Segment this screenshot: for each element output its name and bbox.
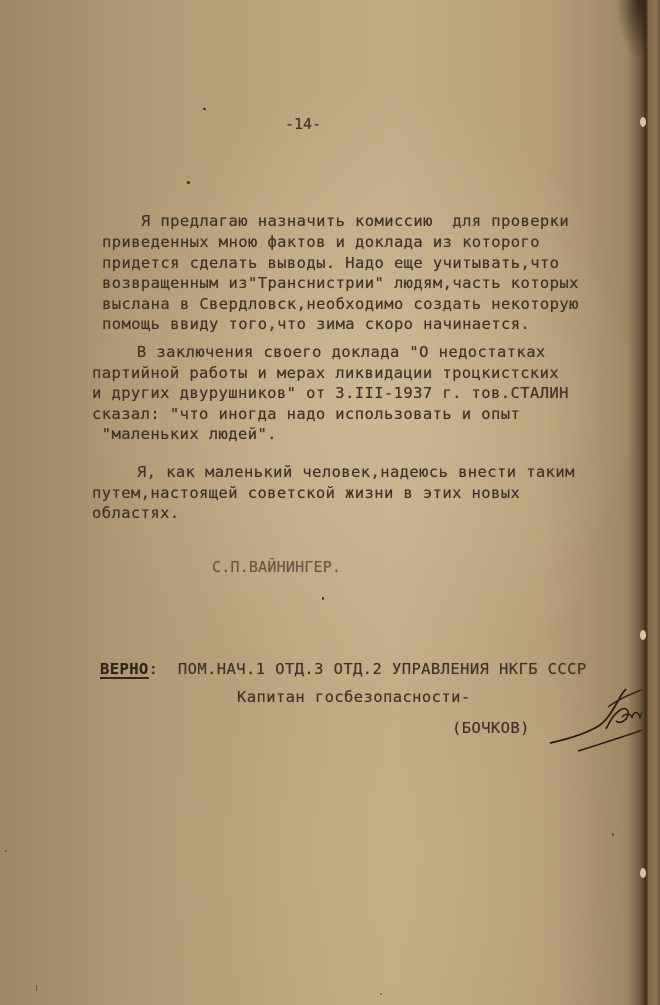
- verified-label: ВЕРНО: [100, 660, 149, 678]
- page-edge-tear: [640, 630, 646, 640]
- paper-speck: [380, 993, 382, 995]
- page-number: -14-: [285, 115, 321, 133]
- officer-name: (БОЧКОВ): [452, 719, 530, 737]
- verified-separator: :: [149, 660, 159, 678]
- paper-speck: [36, 985, 37, 991]
- document-page: -14- Я предлагаю назначить комиссию для …: [0, 0, 660, 1005]
- paper-speck: [203, 107, 207, 110]
- text-line: приведенных мною фактов и доклада из кот…: [102, 233, 540, 251]
- page-edge-tear: [640, 868, 646, 878]
- text-line: придется сделать выводы. Надо еще учитыв…: [102, 254, 559, 272]
- text-line: возвращенным из"Транснистрии" людям,част…: [102, 274, 579, 292]
- text-line: Я предлагаю назначить комиссию для прове…: [102, 212, 569, 230]
- paper-speck: [5, 850, 7, 852]
- page-edge-tear: [640, 117, 646, 127]
- text-line: В заключения своего доклада "О недостатк…: [98, 343, 546, 361]
- binding-shadow: [616, 0, 646, 60]
- text-line: выслана в Свердловск,необходимо создать …: [102, 295, 579, 313]
- text-line: "маленьких людей".: [92, 425, 277, 443]
- text-line: сказал: "что иногда надо использовать и …: [92, 405, 520, 423]
- text-line: Я, как маленький человек,надеюсь внести …: [98, 463, 575, 481]
- text-line: партийной работы и мерах ликвидации троц…: [92, 364, 559, 382]
- text-line: путем,настоящей советской жизни в этих н…: [92, 484, 520, 502]
- officer-position: ПОМ.НАЧ.1 ОТД.3 ОТД.2 УПРАВЛЕНИЯ НКГБ СС…: [178, 660, 587, 678]
- paper-speck: [187, 181, 190, 184]
- officer-rank: Капитан госбезопасности-: [237, 688, 471, 706]
- page-binding-edge: [640, 0, 648, 1005]
- paper-speck: [322, 597, 324, 600]
- author-signature: С.П.ВАЙНИНГЕР.: [212, 558, 341, 576]
- text-line: помощь ввиду того,что зима скоро начинае…: [102, 315, 530, 333]
- text-line: областях.: [92, 504, 180, 522]
- page-binding-outer: [648, 0, 660, 1005]
- text-line: и других двурушников" от 3.III-1937 г. т…: [92, 384, 569, 402]
- verification-line: ВЕРНО: ПОМ.НАЧ.1 ОТД.3 ОТД.2 УПРАВЛЕНИЯ …: [100, 660, 587, 678]
- paper-speck: [612, 833, 614, 836]
